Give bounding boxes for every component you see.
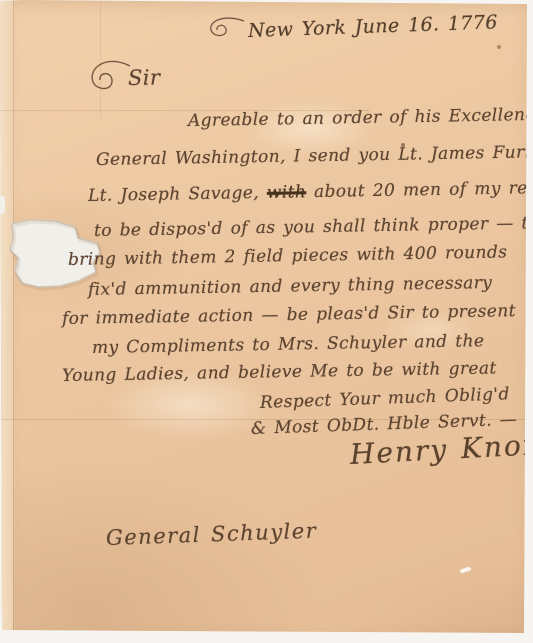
- left-fold-edge: [0, 0, 13, 631]
- body-line: for immediate action — be pleas'd Sir to…: [62, 301, 516, 329]
- body-line: to be dispos'd of as you shall think pro…: [94, 213, 533, 241]
- body-line: fix'd ammunition and every thing necessa…: [88, 273, 493, 300]
- body-line: Agreable to an order of his Excellency: [188, 105, 533, 131]
- salutation: Sir: [128, 65, 161, 90]
- scanned-letter-image: New York June 16. 1776 Sir Agreable to a…: [0, 0, 533, 643]
- salutation-ink-flourish: [86, 58, 132, 96]
- dateline-ink-flourish: [204, 15, 246, 41]
- paper-scratch: [460, 566, 472, 573]
- letter-paper: New York June 16. 1776 Sir Agreable to a…: [0, 0, 533, 643]
- body-line: Lt. Joseph Savage, with about 20 men of …: [88, 177, 533, 206]
- addressee-line: General Schuyler: [106, 519, 318, 550]
- dateline: New York June 16. 1776: [248, 11, 499, 42]
- body-line: bring with them 2 field pieces with 400 …: [68, 242, 508, 270]
- body-line: Young Ladies, and believe Me to be with …: [62, 358, 497, 386]
- body-line: my Compliments to Mrs. Schuyler and the: [92, 331, 485, 358]
- body-line: General Washington, I send you Lt. James…: [96, 142, 533, 170]
- ink-speck: [497, 45, 501, 49]
- vertical-fold-crease: [13, 0, 15, 632]
- struck-word: with: [267, 182, 307, 203]
- closing-line: Respect Your much Oblig'd: [260, 384, 510, 413]
- body-line-segment: Lt. Joseph Savage,: [88, 183, 267, 206]
- body-line-segment: about 20 men of my regiment: [306, 177, 533, 202]
